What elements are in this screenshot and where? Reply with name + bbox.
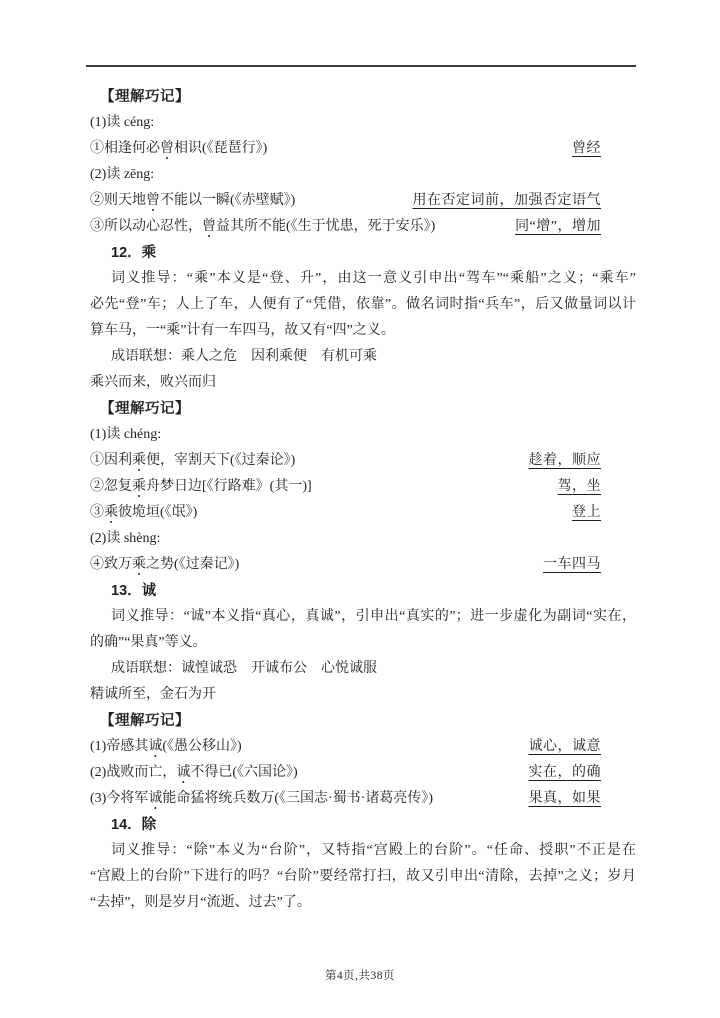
example-line: ②则天地曾不能以一瞬(《赤壁赋》)用在否定词前，加强否定语气	[90, 188, 636, 214]
line-text: (1)读 céng:	[90, 115, 154, 130]
tips-heading: 【理解巧记】	[90, 396, 636, 422]
answer-text: 登上	[572, 500, 601, 526]
answer-text: 驾，坐	[558, 474, 602, 500]
example-line: ③所以动心忍性，曾益其所不能(《生于忧患，死于安乐》)同“增”，增加	[90, 214, 636, 240]
tips-heading: 【理解巧记】	[90, 708, 636, 734]
line-text: 成语联想：乘人之危 因利乘便 有机可乘	[111, 349, 377, 364]
line-text: ③所以动心忍性，曾益其所不能(《生于忧患，死于安乐》)	[90, 219, 435, 234]
line-text: “宫殿上的台阶”下进行的吗？“台阶”要经常打扫，故又引申出“清除，去掉”之义；岁…	[90, 864, 636, 890]
text-line: (1)读 chéng:	[90, 422, 636, 448]
page-content: 【理解巧记】 (1)读 céng: ①相逢何必曾相识(《琵琶行》)曾经 (2)读…	[90, 84, 636, 916]
line-text: ②忽复乘舟梦日边[《行路难》(其一)]	[90, 479, 312, 494]
example-line: (1)帝感其诚(《愚公移山》)诚心，诚意	[90, 734, 636, 760]
line-text: 算车马，一“乘”计有一车四马，故又有“四”之义。	[90, 323, 395, 338]
line-text: 成语联想：诚惶诚恐 开诚布公 心悦诚服	[111, 661, 377, 676]
text-line: 的确”“果真”等义。	[90, 630, 636, 656]
line-text: 词义推导：“乘”本义是“登、升”，由这一意义引申出“驾车”“乘船”之义；“乘车”	[90, 266, 636, 292]
text-line: (2)读 shèng:	[90, 526, 636, 552]
line-text: (3)今将军诚能命猛将统兵数万(《三国志·蜀书·诸葛亮传》)	[90, 791, 433, 806]
line-text: ③乘彼垝垣(《氓》)	[90, 505, 197, 520]
text-line: (1)读 céng:	[90, 110, 636, 136]
example-line: ④致万乘之势(《过秦记》)一车四马	[90, 552, 636, 578]
line-text: ①因利乘便，宰割天下(《过秦论》)	[90, 453, 295, 468]
line-text: 12．乘	[111, 245, 156, 261]
example-line: ②忽复乘舟梦日边[《行路难》(其一)]驾，坐	[90, 474, 636, 500]
answer-text: 同“增”，增加	[515, 214, 601, 240]
emphasis-dot-char: 乘	[132, 479, 146, 494]
line-text: 词义推导：“除”本义为“台阶”，又特指“宫殿上的台阶”。“任命、授职”不正是在	[90, 838, 636, 864]
answer-text: 用在否定词前，加强否定语气	[413, 188, 602, 214]
line-text: 精诚所至，金石为开	[90, 687, 216, 702]
emphasis-dot-char: 乘	[104, 505, 118, 520]
answer-text: 曾经	[572, 136, 601, 162]
text-line: 必先“登”车；人上了车，人便有了“凭借，依靠”。做名词时指“兵车”，后又做量词以…	[90, 292, 636, 318]
line-text: (1)帝感其诚(《愚公移山》)	[90, 739, 242, 754]
text-line: 成语联想：诚惶诚恐 开诚布公 心悦诚服	[90, 656, 636, 682]
line-text: 词义推导：“诚”本义指“真心，真诚”，引申出“真实的”；进一步虚化为副词“实在，	[90, 604, 636, 630]
line-text: 13．诚	[111, 583, 156, 599]
emphasis-dot-char: 曾	[202, 219, 216, 234]
text-line: (2)读 zēng:	[90, 162, 636, 188]
text-line: “宫殿上的台阶”下进行的吗？“台阶”要经常打扫，故又引申出“清除，去掉”之义；岁…	[90, 864, 636, 890]
line-text: ①相逢何必曾相识(《琵琶行》)	[90, 141, 267, 156]
tips-heading: 【理解巧记】	[90, 84, 636, 110]
line-text: ②则天地曾不能以一瞬(《赤壁赋》)	[90, 193, 295, 208]
line-text: 乘兴而来，败兴而归	[90, 375, 216, 390]
answer-text: 趁着，顺应	[529, 448, 602, 474]
text-line: 词义推导：“乘”本义是“登、升”，由这一意义引申出“驾车”“乘船”之义；“乘车”	[90, 266, 636, 292]
line-text: 14．除	[111, 817, 156, 833]
line-text: ④致万乘之势(《过秦记》)	[90, 557, 239, 572]
section-heading: 13．诚	[90, 578, 636, 604]
example-line: (2)战败而亡，诚不得已(《六国论》)实在，的确	[90, 760, 636, 786]
emphasis-dot-char: 曾	[146, 193, 160, 208]
answer-text: 一车四马	[543, 552, 601, 578]
line-text: 【理解巧记】	[100, 401, 190, 417]
text-line: 词义推导：“诚”本义指“真心，真诚”，引申出“真实的”；进一步虚化为副词“实在，	[90, 604, 636, 630]
line-text: (2)读 zēng:	[90, 167, 154, 182]
emphasis-dot-char: 曾	[160, 141, 174, 156]
line-text: 必先“登”车；人上了车，人便有了“凭借，依靠”。做名词时指“兵车”，后又做量词以…	[90, 292, 636, 318]
section-heading: 14．除	[90, 812, 636, 838]
text-line: 词义推导：“除”本义为“台阶”，又特指“宫殿上的台阶”。“任命、授职”不正是在	[90, 838, 636, 864]
line-text: “去掉”，则是岁月“流逝、过去”了。	[90, 895, 311, 910]
example-line: ①因利乘便，宰割天下(《过秦论》)趁着，顺应	[90, 448, 636, 474]
text-line: 精诚所至，金石为开	[90, 682, 636, 708]
text-line: 算车马，一“乘”计有一车四马，故又有“四”之义。	[90, 318, 636, 344]
emphasis-dot-char: 乘	[132, 557, 146, 572]
emphasis-dot-char: 诚	[148, 791, 162, 806]
section-heading: 12．乘	[90, 240, 636, 266]
text-line: 成语联想：乘人之危 因利乘便 有机可乘	[90, 344, 636, 370]
emphasis-dot-char: 乘	[132, 453, 146, 468]
answer-text: 实在，的确	[529, 760, 602, 786]
emphasis-dot-char: 诚	[148, 739, 162, 754]
line-text: 的确”“果真”等义。	[90, 635, 207, 650]
line-text: (1)读 chéng:	[90, 427, 161, 442]
line-text: (2)战败而亡，诚不得已(《六国论》)	[90, 765, 298, 780]
document-page: 【理解巧记】 (1)读 céng: ①相逢何必曾相识(《琵琶行》)曾经 (2)读…	[0, 0, 720, 1018]
text-line: “去掉”，则是岁月“流逝、过去”了。	[90, 890, 636, 916]
example-line: ③乘彼垝垣(《氓》)登上	[90, 500, 636, 526]
page-number-footer: 第4页,共38页	[0, 967, 720, 983]
line-text: (2)读 shèng:	[90, 531, 160, 546]
answer-text: 果真，如果	[529, 786, 602, 812]
example-line: (3)今将军诚能命猛将统兵数万(《三国志·蜀书·诸葛亮传》)果真，如果	[90, 786, 636, 812]
answer-text: 诚心，诚意	[529, 734, 602, 760]
emphasis-dot-char: 诚	[176, 765, 190, 780]
text-line: 乘兴而来，败兴而归	[90, 370, 636, 396]
line-text: 【理解巧记】	[100, 713, 190, 729]
line-text: 【理解巧记】	[100, 89, 190, 105]
example-line: ①相逢何必曾相识(《琵琶行》)曾经	[90, 136, 636, 162]
top-rule-divider	[86, 65, 636, 67]
